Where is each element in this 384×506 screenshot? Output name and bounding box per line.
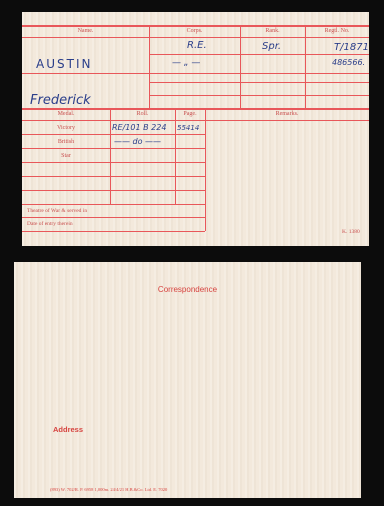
header-roll: Roll. bbox=[110, 111, 175, 117]
forename: Frederick bbox=[30, 93, 91, 108]
medal-british: British bbox=[22, 139, 110, 145]
roll-victory: RE/101 B 224 bbox=[112, 123, 166, 132]
header-rule bbox=[22, 37, 369, 38]
corps-ditto: — „ — bbox=[172, 58, 200, 68]
rule bbox=[22, 204, 205, 205]
medal-star: Star bbox=[22, 153, 110, 159]
rule bbox=[22, 108, 369, 110]
rule bbox=[149, 54, 369, 55]
rule bbox=[22, 190, 205, 191]
col-rule bbox=[240, 25, 241, 108]
header-page: Page. bbox=[175, 111, 205, 117]
medal-index-card-front: Name. Corps. Rank. Regtl. No. AUSTIN Fre… bbox=[22, 12, 369, 246]
col-rule bbox=[175, 108, 176, 204]
rule bbox=[22, 176, 205, 177]
corps-value: R.E. bbox=[187, 40, 207, 51]
col-rule bbox=[205, 108, 206, 231]
form-code: K. 1380 bbox=[342, 229, 360, 235]
header-remarks: Remarks. bbox=[205, 111, 369, 117]
header-medal: Medal. bbox=[22, 111, 110, 117]
col-rule bbox=[149, 25, 150, 108]
correspondence-label: Correspondence bbox=[14, 285, 361, 294]
rank-value: Spr. bbox=[262, 41, 281, 52]
top-rule bbox=[22, 25, 369, 27]
rule bbox=[22, 231, 205, 232]
medal-header-rule bbox=[22, 120, 369, 121]
header-name: Name. bbox=[22, 28, 149, 34]
rule bbox=[22, 217, 205, 218]
header-rank: Rank. bbox=[240, 28, 305, 34]
theatre-label: Theatre of War & served in bbox=[27, 208, 87, 214]
roll-british: —— do —— bbox=[114, 137, 161, 146]
header-corps: Corps. bbox=[149, 28, 240, 34]
print-footer: (893) W. 702/R. P. 6958 1,000m. 24/4/21 … bbox=[50, 487, 167, 492]
rule bbox=[22, 73, 369, 74]
surname: AUSTIN bbox=[36, 57, 92, 71]
medal-victory: Victory bbox=[22, 125, 110, 131]
date-entry-label: Date of entry therein bbox=[27, 221, 73, 227]
header-regtl-no: Regtl. No. bbox=[305, 28, 369, 34]
col-rule bbox=[305, 25, 306, 108]
rule bbox=[22, 162, 205, 163]
col-rule bbox=[110, 108, 111, 204]
medal-index-card-back: Correspondence Address (893) W. 702/R. P… bbox=[14, 262, 361, 498]
regtl-no-2: 486566. bbox=[332, 58, 365, 67]
rule bbox=[22, 134, 205, 135]
page-victory: 55414 bbox=[177, 124, 199, 132]
rule bbox=[149, 82, 369, 83]
rule bbox=[22, 148, 205, 149]
address-label: Address bbox=[53, 425, 83, 434]
regtl-no-1: T/1871 bbox=[334, 42, 369, 53]
rule bbox=[149, 95, 369, 96]
